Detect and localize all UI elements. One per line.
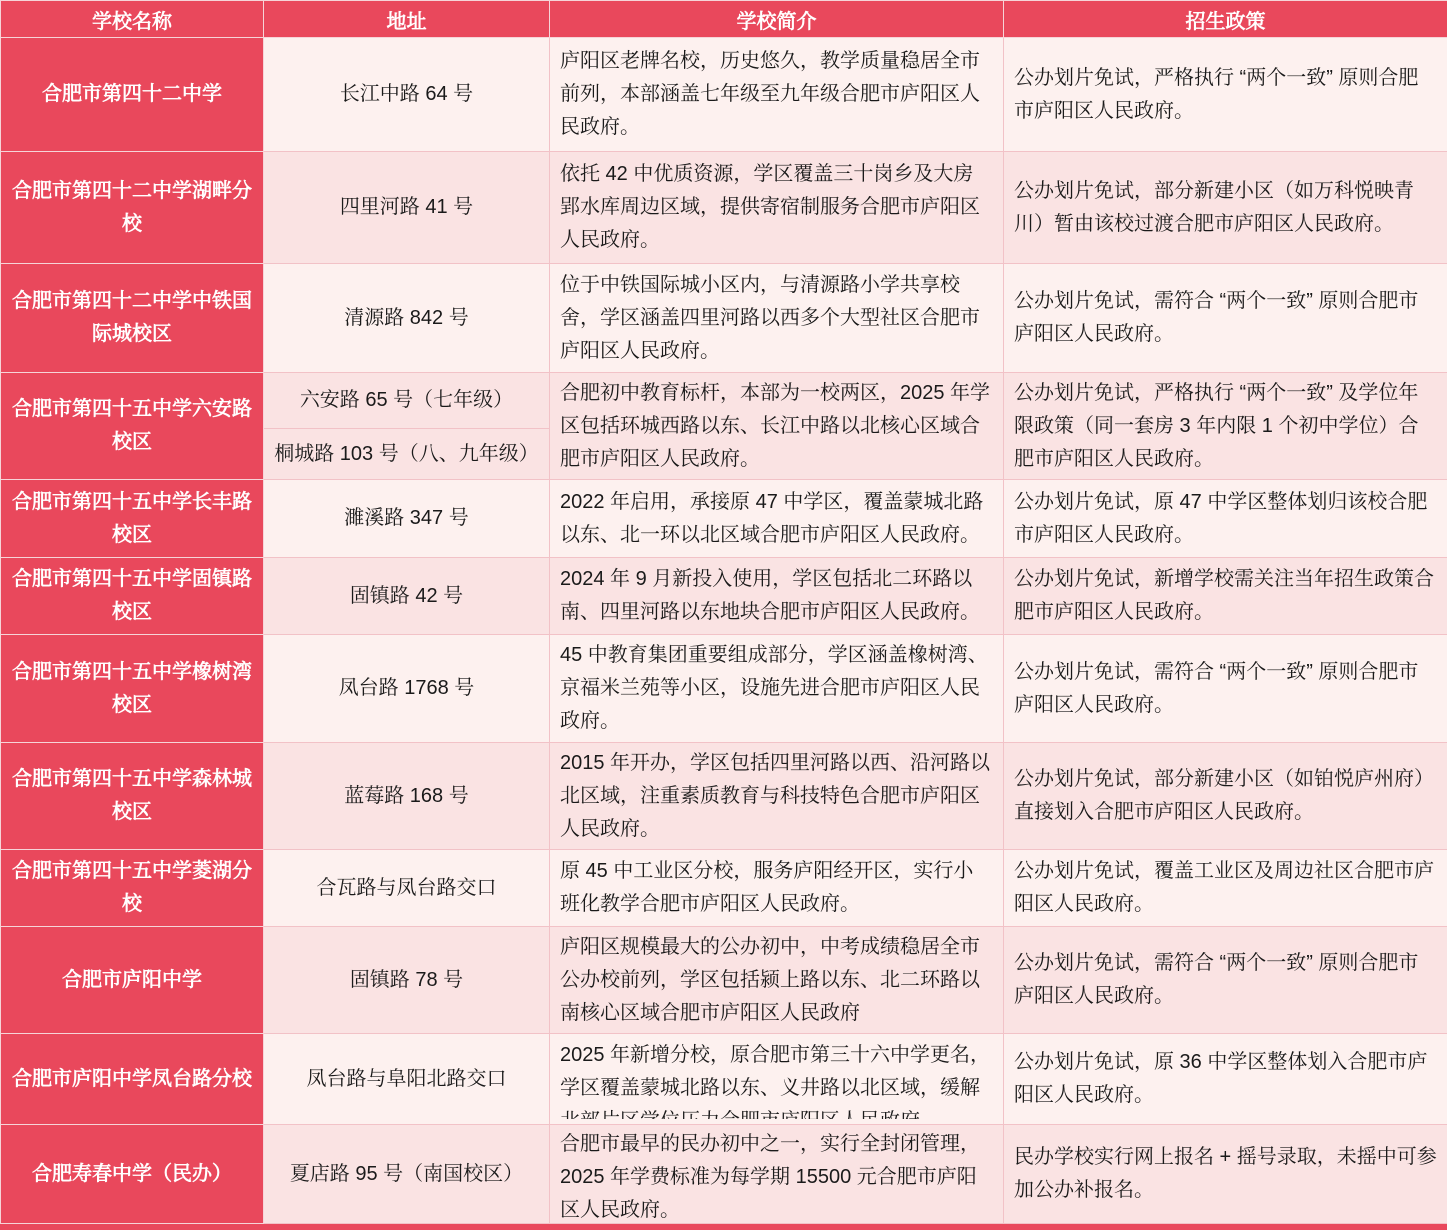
table-row: 合肥市第四十五中学橡树湾校区 凤台路 1768 号 45 中教育集团重要组成部分…: [1, 635, 1447, 743]
next-row-red-strip: [0, 1224, 1447, 1230]
policy-cell: 公办划片免试，需符合 “两个一致” 原则合肥市庐阳区人民政府。: [1004, 635, 1447, 743]
address-cell: 固镇路 78 号: [264, 927, 550, 1034]
address-cell: 蓝莓路 168 号: [264, 743, 550, 850]
address-cell: 六安路 65 号（七年级） 桐城路 103 号（八、九年级）: [264, 373, 550, 480]
intro-cell: 合肥市最早的民办初中之一，实行全封闭管理，2025 年学费标准为每学期 1550…: [550, 1125, 1004, 1224]
column-header-school-name: 学校名称: [1, 1, 264, 38]
intro-cell: 庐阳区老牌名校，历史悠久，教学质量稳居全市前列，本部涵盖七年级至九年级合肥市庐阳…: [550, 38, 1004, 152]
intro-cell: 依托 42 中优质资源，学区覆盖三十岗乡及大房郢水库周边区域，提供寄宿制服务合肥…: [550, 152, 1004, 264]
table-row: 合肥市庐阳中学凤台路分校 凤台路与阜阳北路交口 2025 年新增分校，原合肥市第…: [1, 1034, 1447, 1125]
policy-cell: 公办划片免试，原 36 中学区整体划入合肥市庐阳区人民政府。: [1004, 1034, 1447, 1125]
table-row: 合肥市第四十五中学长丰路校区 濉溪路 347 号 2022 年启用，承接原 47…: [1, 480, 1447, 558]
policy-cell: 公办划片免试，需符合 “两个一致” 原则合肥市庐阳区人民政府。: [1004, 927, 1447, 1034]
intro-cell: 2015 年开办，学区包括四里河路以西、沿河路以北区域，注重素质教育与科技特色合…: [550, 743, 1004, 850]
school-name-cell: 合肥市第四十二中学中铁国际城校区: [1, 264, 264, 373]
address-cell: 固镇路 42 号: [264, 558, 550, 635]
column-header-policy: 招生政策: [1004, 1, 1447, 38]
school-name-cell: 合肥市第四十五中学长丰路校区: [1, 480, 264, 558]
policy-cell: 公办划片免试，覆盖工业区及周边社区合肥市庐阳区人民政府。: [1004, 850, 1447, 927]
table-row: 合肥市第四十二中学湖畔分校 四里河路 41 号 依托 42 中优质资源，学区覆盖…: [1, 152, 1447, 264]
policy-cell: 公办划片免试，需符合 “两个一致” 原则合肥市庐阳区人民政府。: [1004, 264, 1447, 373]
address-subcell-grade89: 桐城路 103 号（八、九年级）: [264, 429, 549, 479]
policy-cell: 公办划片免试，部分新建小区（如万科悦映青川）暂由该校过渡合肥市庐阳区人民政府。: [1004, 152, 1447, 264]
intro-cell: 45 中教育集团重要组成部分，学区涵盖橡树湾、京福米兰苑等小区，设施先进合肥市庐…: [550, 635, 1004, 743]
policy-cell: 公办划片免试，严格执行 “两个一致” 及学位年限政策（同一套房 3 年内限 1 …: [1004, 373, 1447, 480]
address-cell: 凤台路与阜阳北路交口: [264, 1034, 550, 1125]
school-admissions-table: 学校名称 地址 学校简介 招生政策 合肥市第四十二中学 长江中路 64 号 庐阳…: [0, 0, 1447, 1224]
intro-cell: 位于中铁国际城小区内，与清源路小学共享校舍，学区涵盖四里河路以西多个大型社区合肥…: [550, 264, 1004, 373]
policy-cell: 公办划片免试，部分新建小区（如铂悦庐州府）直接划入合肥市庐阳区人民政府。: [1004, 743, 1447, 850]
address-cell: 合瓦路与凤台路交口: [264, 850, 550, 927]
address-cell: 夏店路 95 号（南国校区）: [264, 1125, 550, 1224]
policy-cell: 公办划片免试，原 47 中学区整体划归该校合肥市庐阳区人民政府。: [1004, 480, 1447, 558]
school-name-cell: 合肥市第四十五中学森林城校区: [1, 743, 264, 850]
column-header-intro: 学校简介: [550, 1, 1004, 38]
address-cell: 濉溪路 347 号: [264, 480, 550, 558]
header-row: 学校名称 地址 学校简介 招生政策: [1, 1, 1447, 38]
school-name-cell: 合肥市第四十五中学六安路校区: [1, 373, 264, 480]
table-row: 合肥市第四十五中学森林城校区 蓝莓路 168 号 2015 年开办，学区包括四里…: [1, 743, 1447, 850]
intro-cell: 2025 年新增分校，原合肥市第三十六中学更名，学区覆盖蒙城北路以东、义井路以北…: [550, 1034, 1004, 1125]
address-subcell-grade7: 六安路 65 号（七年级）: [264, 373, 549, 429]
address-cell: 长江中路 64 号: [264, 38, 550, 152]
intro-cell: 原 45 中工业区分校，服务庐阳经开区，实行小班化教学合肥市庐阳区人民政府。: [550, 850, 1004, 927]
column-header-address: 地址: [264, 1, 550, 38]
school-name-cell: 合肥市第四十二中学湖畔分校: [1, 152, 264, 264]
table-row: 合肥市第四十五中学固镇路校区 固镇路 42 号 2024 年 9 月新投入使用，…: [1, 558, 1447, 635]
school-name-cell: 合肥寿春中学（民办）: [1, 1125, 264, 1224]
table-row: 合肥市第四十二中学中铁国际城校区 清源路 842 号 位于中铁国际城小区内，与清…: [1, 264, 1447, 373]
table-row: 合肥寿春中学（民办） 夏店路 95 号（南国校区） 合肥市最早的民办初中之一，实…: [1, 1125, 1447, 1224]
school-name-cell: 合肥市第四十五中学菱湖分校: [1, 850, 264, 927]
intro-cell: 庐阳区规模最大的公办初中，中考成绩稳居全市公办校前列，学区包括颍上路以东、北二环…: [550, 927, 1004, 1034]
table-row: 合肥市第四十五中学六安路校区 六安路 65 号（七年级） 桐城路 103 号（八…: [1, 373, 1447, 480]
school-name-cell: 合肥市第四十五中学橡树湾校区: [1, 635, 264, 743]
school-name-cell: 合肥市庐阳中学: [1, 927, 264, 1034]
table-row: 合肥市第四十二中学 长江中路 64 号 庐阳区老牌名校，历史悠久，教学质量稳居全…: [1, 38, 1447, 152]
school-name-cell: 合肥市第四十五中学固镇路校区: [1, 558, 264, 635]
policy-cell: 公办划片免试，严格执行 “两个一致” 原则合肥市庐阳区人民政府。: [1004, 38, 1447, 152]
intro-cell: 合肥初中教育标杆，本部为一校两区，2025 年学区包括环城西路以东、长江中路以北…: [550, 373, 1004, 480]
address-cell: 清源路 842 号: [264, 264, 550, 373]
policy-cell: 民办学校实行网上报名 + 摇号录取，未摇中可参加公办补报名。: [1004, 1125, 1447, 1224]
intro-cell: 2022 年启用，承接原 47 中学区，覆盖蒙城北路以东、北一环以北区域合肥市庐…: [550, 480, 1004, 558]
school-name-cell: 合肥市庐阳中学凤台路分校: [1, 1034, 264, 1125]
address-cell: 四里河路 41 号: [264, 152, 550, 264]
intro-cell: 2024 年 9 月新投入使用，学区包括北二环路以南、四里河路以东地块合肥市庐阳…: [550, 558, 1004, 635]
table-row: 合肥市庐阳中学 固镇路 78 号 庐阳区规模最大的公办初中，中考成绩稳居全市公办…: [1, 927, 1447, 1034]
school-name-cell: 合肥市第四十二中学: [1, 38, 264, 152]
policy-cell: 公办划片免试，新增学校需关注当年招生政策合肥市庐阳区人民政府。: [1004, 558, 1447, 635]
table-row: 合肥市第四十五中学菱湖分校 合瓦路与凤台路交口 原 45 中工业区分校，服务庐阳…: [1, 850, 1447, 927]
address-cell: 凤台路 1768 号: [264, 635, 550, 743]
